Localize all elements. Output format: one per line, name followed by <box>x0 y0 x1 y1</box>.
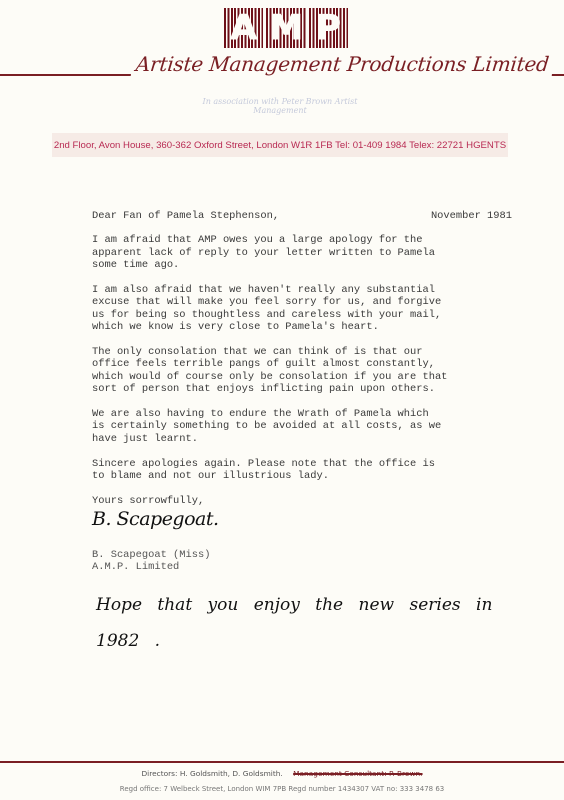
closing: Yours sorrowfully, <box>92 495 532 507</box>
signatory-name: B. Scapegoat (Miss) <box>92 549 210 561</box>
amp-logo: A M P <box>224 8 348 48</box>
logo-letter-a: A <box>224 8 263 48</box>
paragraph: I am afraid that AMP owes you a large ap… <box>92 234 532 271</box>
footer-rule <box>0 761 564 763</box>
signatory-company: A.M.P. Limited <box>92 561 210 573</box>
handwritten-signature: B. Scapegoat. <box>92 508 219 530</box>
signature-block: B. Scapegoat (Miss) A.M.P. Limited <box>92 549 210 574</box>
handwritten-note: Hope that you enjoy the new series in 19… <box>96 587 516 659</box>
association-line: In association with Peter Brown Artist M… <box>180 97 380 115</box>
salutation: Dear Fan of Pamela Stephenson, <box>92 210 279 222</box>
paragraph: The only consolation that we can think o… <box>92 346 532 396</box>
logo-letter-p: P <box>309 8 348 48</box>
logo-letter-text: M <box>269 11 303 45</box>
company-address: 2nd Floor, Avon House, 360-362 Oxford St… <box>54 140 506 151</box>
struck-consultant: Management Consultant: P. Brown. <box>293 769 422 778</box>
letter-body: Dear Fan of Pamela Stephenson, November … <box>92 210 532 520</box>
logo-letter-text: P <box>316 11 341 45</box>
paragraph: We are also having to endure the Wrath o… <box>92 408 532 445</box>
paragraph: Sincere apologies again. Please note tha… <box>92 458 532 483</box>
paragraph: I am also afraid that we haven't really … <box>92 284 532 334</box>
directors: Directors: H. Goldsmith, D. Goldsmith. <box>141 769 282 778</box>
logo-letter-text: A <box>231 11 257 45</box>
footer-registered: Regd office: 7 Welbeck Street, London WI… <box>0 785 564 793</box>
company-name: Artiste Management Productions Limited <box>131 52 554 76</box>
address-box: 2nd Floor, Avon House, 360-362 Oxford St… <box>52 133 508 157</box>
letter-date: November 1981 <box>431 210 512 222</box>
salutation-row: Dear Fan of Pamela Stephenson, November … <box>92 210 532 222</box>
logo-letter-m: M <box>266 8 305 48</box>
footer-directors-line: Directors: H. Goldsmith, D. Goldsmith. M… <box>0 769 564 778</box>
